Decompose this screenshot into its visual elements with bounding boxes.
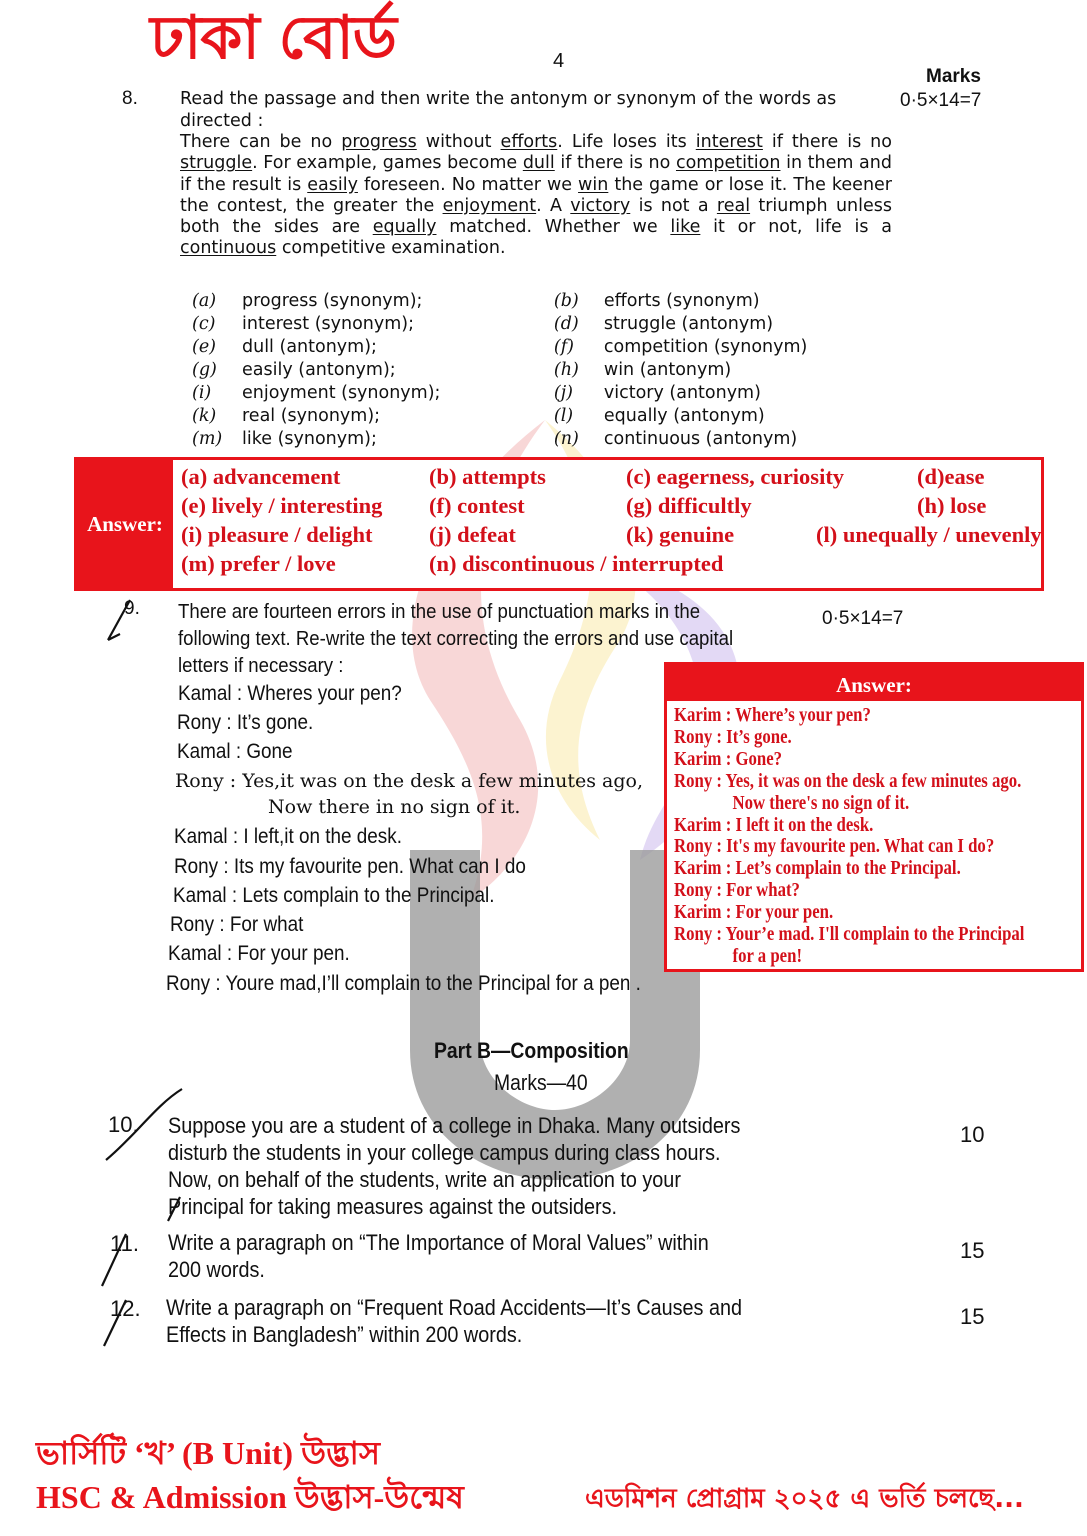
- part-b-marks: Marks—40: [494, 1070, 588, 1096]
- answer-line: Rony : Your’e mad. I'll complain to the …: [674, 924, 1024, 946]
- item-label: (h): [554, 360, 604, 380]
- underlined-word: easily: [307, 175, 358, 195]
- part-b-title: Part B—Composition: [434, 1038, 629, 1064]
- item-text: efforts (synonym): [604, 291, 760, 311]
- underlined-word: efforts: [501, 132, 558, 152]
- answer-item: (c) eagerness, curiosity: [626, 464, 844, 490]
- answer-item: (h) lose: [917, 493, 986, 519]
- q8-items-list: (a)progress (synonym);(b)efforts (synony…: [192, 289, 872, 450]
- question-line: Now, on behalf of the students, write an…: [168, 1166, 888, 1193]
- q8-number: 8.: [122, 88, 138, 110]
- item-row: (k)real (synonym);(l)equally (antonym): [192, 404, 872, 427]
- underlined-word: win: [578, 175, 608, 195]
- item-text: competition (synonym): [604, 337, 807, 357]
- answer-line: Now there's no sign of it.: [674, 793, 1024, 815]
- page-number: 4: [553, 50, 564, 73]
- item-text: win (antonym): [604, 360, 731, 380]
- q12-marks: 15: [960, 1304, 984, 1330]
- q8-answer-grid: (a) advancement(b) attempts(c) eagerness…: [173, 460, 1041, 588]
- list-item: (a)progress (synonym);: [192, 291, 554, 311]
- item-text: struggle (antonym): [604, 314, 773, 334]
- dialogue-line: Rony : Yes,it was on the desk a few minu…: [175, 770, 643, 792]
- answer-item: (b) attempts: [429, 464, 546, 490]
- item-label: (d): [554, 314, 604, 334]
- answer-line: Rony : It’s gone.: [674, 727, 1024, 749]
- dialogue-line: Rony : Youre mad,I’ll complain to the Pr…: [166, 972, 641, 996]
- list-item: (f)competition (synonym): [554, 337, 872, 357]
- answer-item: (e) lively / interesting: [181, 493, 382, 519]
- q10-text: Suppose you are a student of a college i…: [168, 1112, 888, 1220]
- answer-line: for a pen!: [674, 946, 1024, 968]
- item-label: (e): [192, 337, 242, 357]
- item-text: equally (antonym): [604, 406, 765, 426]
- dialogue-line: Rony : Its my favourite pen. What can I …: [174, 855, 526, 879]
- q9-marks: 0·5×14=7: [822, 608, 903, 630]
- list-item: (g)easily (antonym);: [192, 360, 554, 380]
- underlined-word: equally: [373, 217, 437, 237]
- list-item: (d)struggle (antonym): [554, 314, 872, 334]
- q12-number: 12.: [110, 1296, 141, 1322]
- answer-item: (j) defeat: [429, 522, 516, 548]
- list-item: (m)like (synonym);: [192, 429, 554, 449]
- answer-item: (i) pleasure / delight: [181, 522, 372, 548]
- item-row: (i)enjoyment (synonym);(j)victory (anton…: [192, 381, 872, 404]
- dialogue-line: Rony : It’s gone.: [177, 711, 313, 735]
- q10-marks: 10: [960, 1122, 984, 1148]
- list-item: (e)dull (antonym);: [192, 337, 554, 357]
- item-row: (c)interest (synonym);(d)struggle (anton…: [192, 312, 872, 335]
- q8-answer-box: Answer: (a) advancement(b) attempts(c) e…: [74, 457, 1044, 591]
- q11-text: Write a paragraph on “The Importance of …: [168, 1229, 888, 1283]
- underlined-word: victory: [570, 196, 630, 216]
- item-label: (g): [192, 360, 242, 380]
- question-line: Write a paragraph on “Frequent Road Acci…: [166, 1294, 886, 1321]
- item-label: (f): [554, 337, 604, 357]
- dialogue-line: Kamal : I left,it on the desk.: [174, 825, 402, 849]
- answer-item: (g) difficultly: [626, 493, 752, 519]
- q9-answer-lines: Karim : Where’s your pen?Rony : It’s gon…: [667, 701, 1081, 968]
- underlined-word: dull: [523, 153, 555, 173]
- list-item: (i)enjoyment (synonym);: [192, 383, 554, 403]
- item-row: (e)dull (antonym);(f)competition (synony…: [192, 335, 872, 358]
- question-line: Effects in Bangladesh” within 200 words.: [166, 1321, 886, 1348]
- list-item: (h)win (antonym): [554, 360, 872, 380]
- underlined-word: continuous: [180, 238, 276, 258]
- item-text: easily (antonym);: [242, 360, 396, 380]
- item-text: like (synonym);: [242, 429, 377, 449]
- item-text: victory (antonym): [604, 383, 761, 403]
- answer-item: (d)ease: [917, 464, 984, 490]
- dialogue-line: Kamal : Wheres your pen?: [178, 682, 402, 706]
- underlined-word: interest: [696, 132, 763, 152]
- dialogue-line: Kamal : Lets complain to the Principal.: [173, 884, 494, 908]
- item-label: (l): [554, 406, 604, 426]
- q8-marks: 0·5×14=7: [900, 90, 981, 112]
- item-text: dull (antonym);: [242, 337, 377, 357]
- answer-line: Karim : Where’s your pen?: [674, 705, 1024, 727]
- answer-line: Karim : Gone?: [674, 749, 1024, 771]
- q12-text: Write a paragraph on “Frequent Road Acci…: [166, 1294, 886, 1348]
- list-item: (n)continuous (antonym): [554, 429, 872, 449]
- item-label: (a): [192, 291, 242, 311]
- item-text: enjoyment (synonym);: [242, 383, 440, 403]
- dialogue-line: Now there in no sign of it.: [268, 796, 520, 818]
- item-row: (a)progress (synonym);(b)efforts (synony…: [192, 289, 872, 312]
- item-text: real (synonym);: [242, 406, 380, 426]
- answer-item: (f) contest: [429, 493, 525, 519]
- q11-number: 11.: [110, 1231, 139, 1257]
- list-item: (c)interest (synonym);: [192, 314, 554, 334]
- item-label: (k): [192, 406, 242, 426]
- question-line: Write a paragraph on “The Importance of …: [168, 1229, 888, 1256]
- question-line: disturb the students in your college cam…: [168, 1139, 888, 1166]
- item-text: progress (synonym);: [242, 291, 422, 311]
- item-label: (n): [554, 429, 604, 449]
- answer-item: (m) prefer / love: [181, 551, 336, 577]
- q9-number: 9.: [124, 598, 140, 620]
- dialogue-line: Kamal : Gone: [177, 740, 293, 764]
- question-line: Suppose you are a student of a college i…: [168, 1112, 888, 1139]
- marks-heading: Marks: [926, 66, 981, 88]
- item-text: continuous (antonym): [604, 429, 797, 449]
- underlined-word: progress: [341, 132, 417, 152]
- underlined-word: real: [717, 196, 750, 216]
- answer-line: Karim : I left it on the desk.: [674, 815, 1024, 837]
- dialogue-line: Rony : For what: [170, 913, 303, 937]
- footer-brand-line-2: HSC & Admission উদ্ভাস-উন্মেষ: [36, 1472, 464, 1526]
- underlined-word: enjoyment: [443, 196, 537, 216]
- q8-instruction: Read the passage and then write the anto…: [180, 88, 895, 132]
- underlined-word: like: [670, 217, 700, 237]
- item-label: (m): [192, 429, 242, 449]
- item-row: (g)easily (antonym);(h)win (antonym): [192, 358, 872, 381]
- board-title: ঢাকা বোর্ড: [150, 8, 396, 68]
- answer-line: Karim : Let’s complain to the Principal.: [674, 858, 1024, 880]
- answer-item: (k) genuine: [626, 522, 734, 548]
- item-label: (c): [192, 314, 242, 334]
- question-line: Principal for taking measures against th…: [168, 1193, 888, 1220]
- list-item: (j)victory (antonym): [554, 383, 872, 403]
- list-item: (b)efforts (synonym): [554, 291, 872, 311]
- item-label: (i): [192, 383, 242, 403]
- underlined-word: struggle: [180, 153, 252, 173]
- answer-line: Karim : For your pen.: [674, 902, 1024, 924]
- q9-answer-box: Answer: Karim : Where’s your pen?Rony : …: [664, 662, 1084, 972]
- item-label: (b): [554, 291, 604, 311]
- question-line: 200 words.: [168, 1256, 888, 1283]
- item-row: (m)like (synonym);(n)continuous (antonym…: [192, 427, 872, 450]
- q8-answer-label: Answer:: [77, 460, 173, 588]
- underlined-word: competition: [676, 153, 781, 173]
- answer-line: Rony : It's my favourite pen. What can I…: [674, 836, 1024, 858]
- dialogue-line: Kamal : For your pen.: [168, 942, 350, 966]
- q10-number: 10.: [108, 1112, 139, 1138]
- q9-answer-title: Answer:: [667, 665, 1081, 701]
- q8-passage: There can be no progress without efforts…: [180, 132, 892, 260]
- answer-item: (n) discontinuous / interrupted: [429, 551, 723, 577]
- footer-admission-banner: এডমিশন প্রোগ্রাম ২০২৫ এ ভর্তি চলছে...: [585, 1478, 1024, 1522]
- answer-item: (a) advancement: [181, 464, 340, 490]
- q11-marks: 15: [960, 1238, 984, 1264]
- answer-item: (l) unequally / unevenly: [816, 522, 1042, 548]
- item-text: interest (synonym);: [242, 314, 414, 334]
- answer-line: Rony : For what?: [674, 880, 1024, 902]
- item-label: (j): [554, 383, 604, 403]
- answer-line: Rony : Yes, it was on the desk a few min…: [674, 771, 1024, 793]
- list-item: (k)real (synonym);: [192, 406, 554, 426]
- list-item: (l)equally (antonym): [554, 406, 872, 426]
